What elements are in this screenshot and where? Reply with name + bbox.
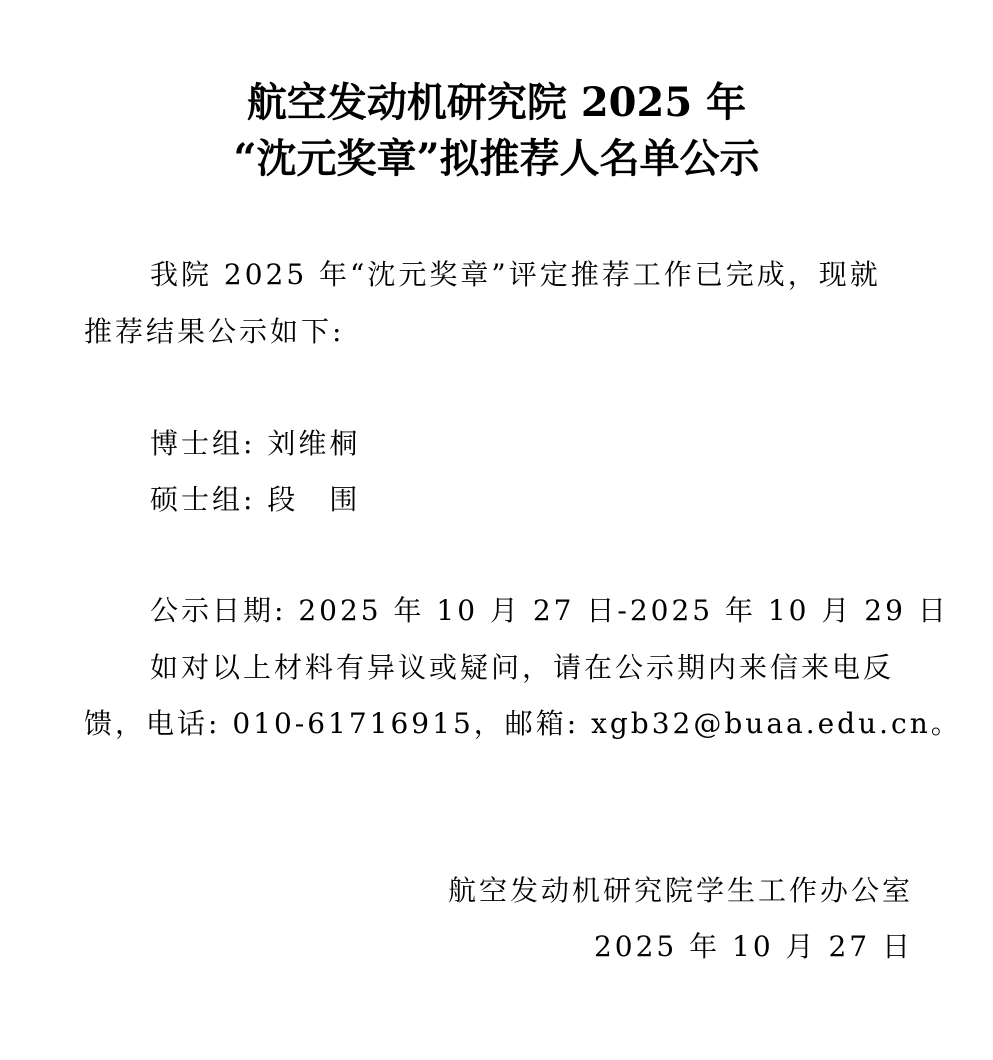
document-title-line-1: 航空发动机研究院 2025 年 (0, 75, 993, 131)
document-title-line-2: “沈元奖章”拟推荐人名单公示 (0, 131, 993, 187)
nominee-group-label: 博士组: (150, 427, 255, 460)
feedback-line-2: 馈，电话: 010-61716915，邮箱: xgb32@buaa.edu.cn… (84, 704, 962, 744)
nominee-name: 刘维桐 (267, 427, 360, 460)
nominee-phd: 博士组: 刘维桐 (150, 424, 360, 464)
signature-office: 航空发动机研究院学生工作办公室 (448, 871, 913, 911)
nominee-group-label: 硕士组: (150, 483, 255, 516)
intro-line-1: 我院 2025 年“沈元奖章”评定推荐工作已完成，现就 (150, 255, 881, 295)
feedback-line-1: 如对以上材料有异议或疑问，请在公示期内来信来电反 (150, 648, 894, 688)
nominee-name: 段 围 (267, 483, 360, 516)
intro-line-2: 推荐结果公示如下: (84, 312, 344, 352)
signature-date: 2025 年 10 月 27 日 (594, 927, 913, 967)
publicity-period: 公示日期: 2025 年 10 月 27 日-2025 年 10 月 29 日 (150, 591, 949, 631)
nominee-master: 硕士组: 段 围 (150, 480, 360, 520)
